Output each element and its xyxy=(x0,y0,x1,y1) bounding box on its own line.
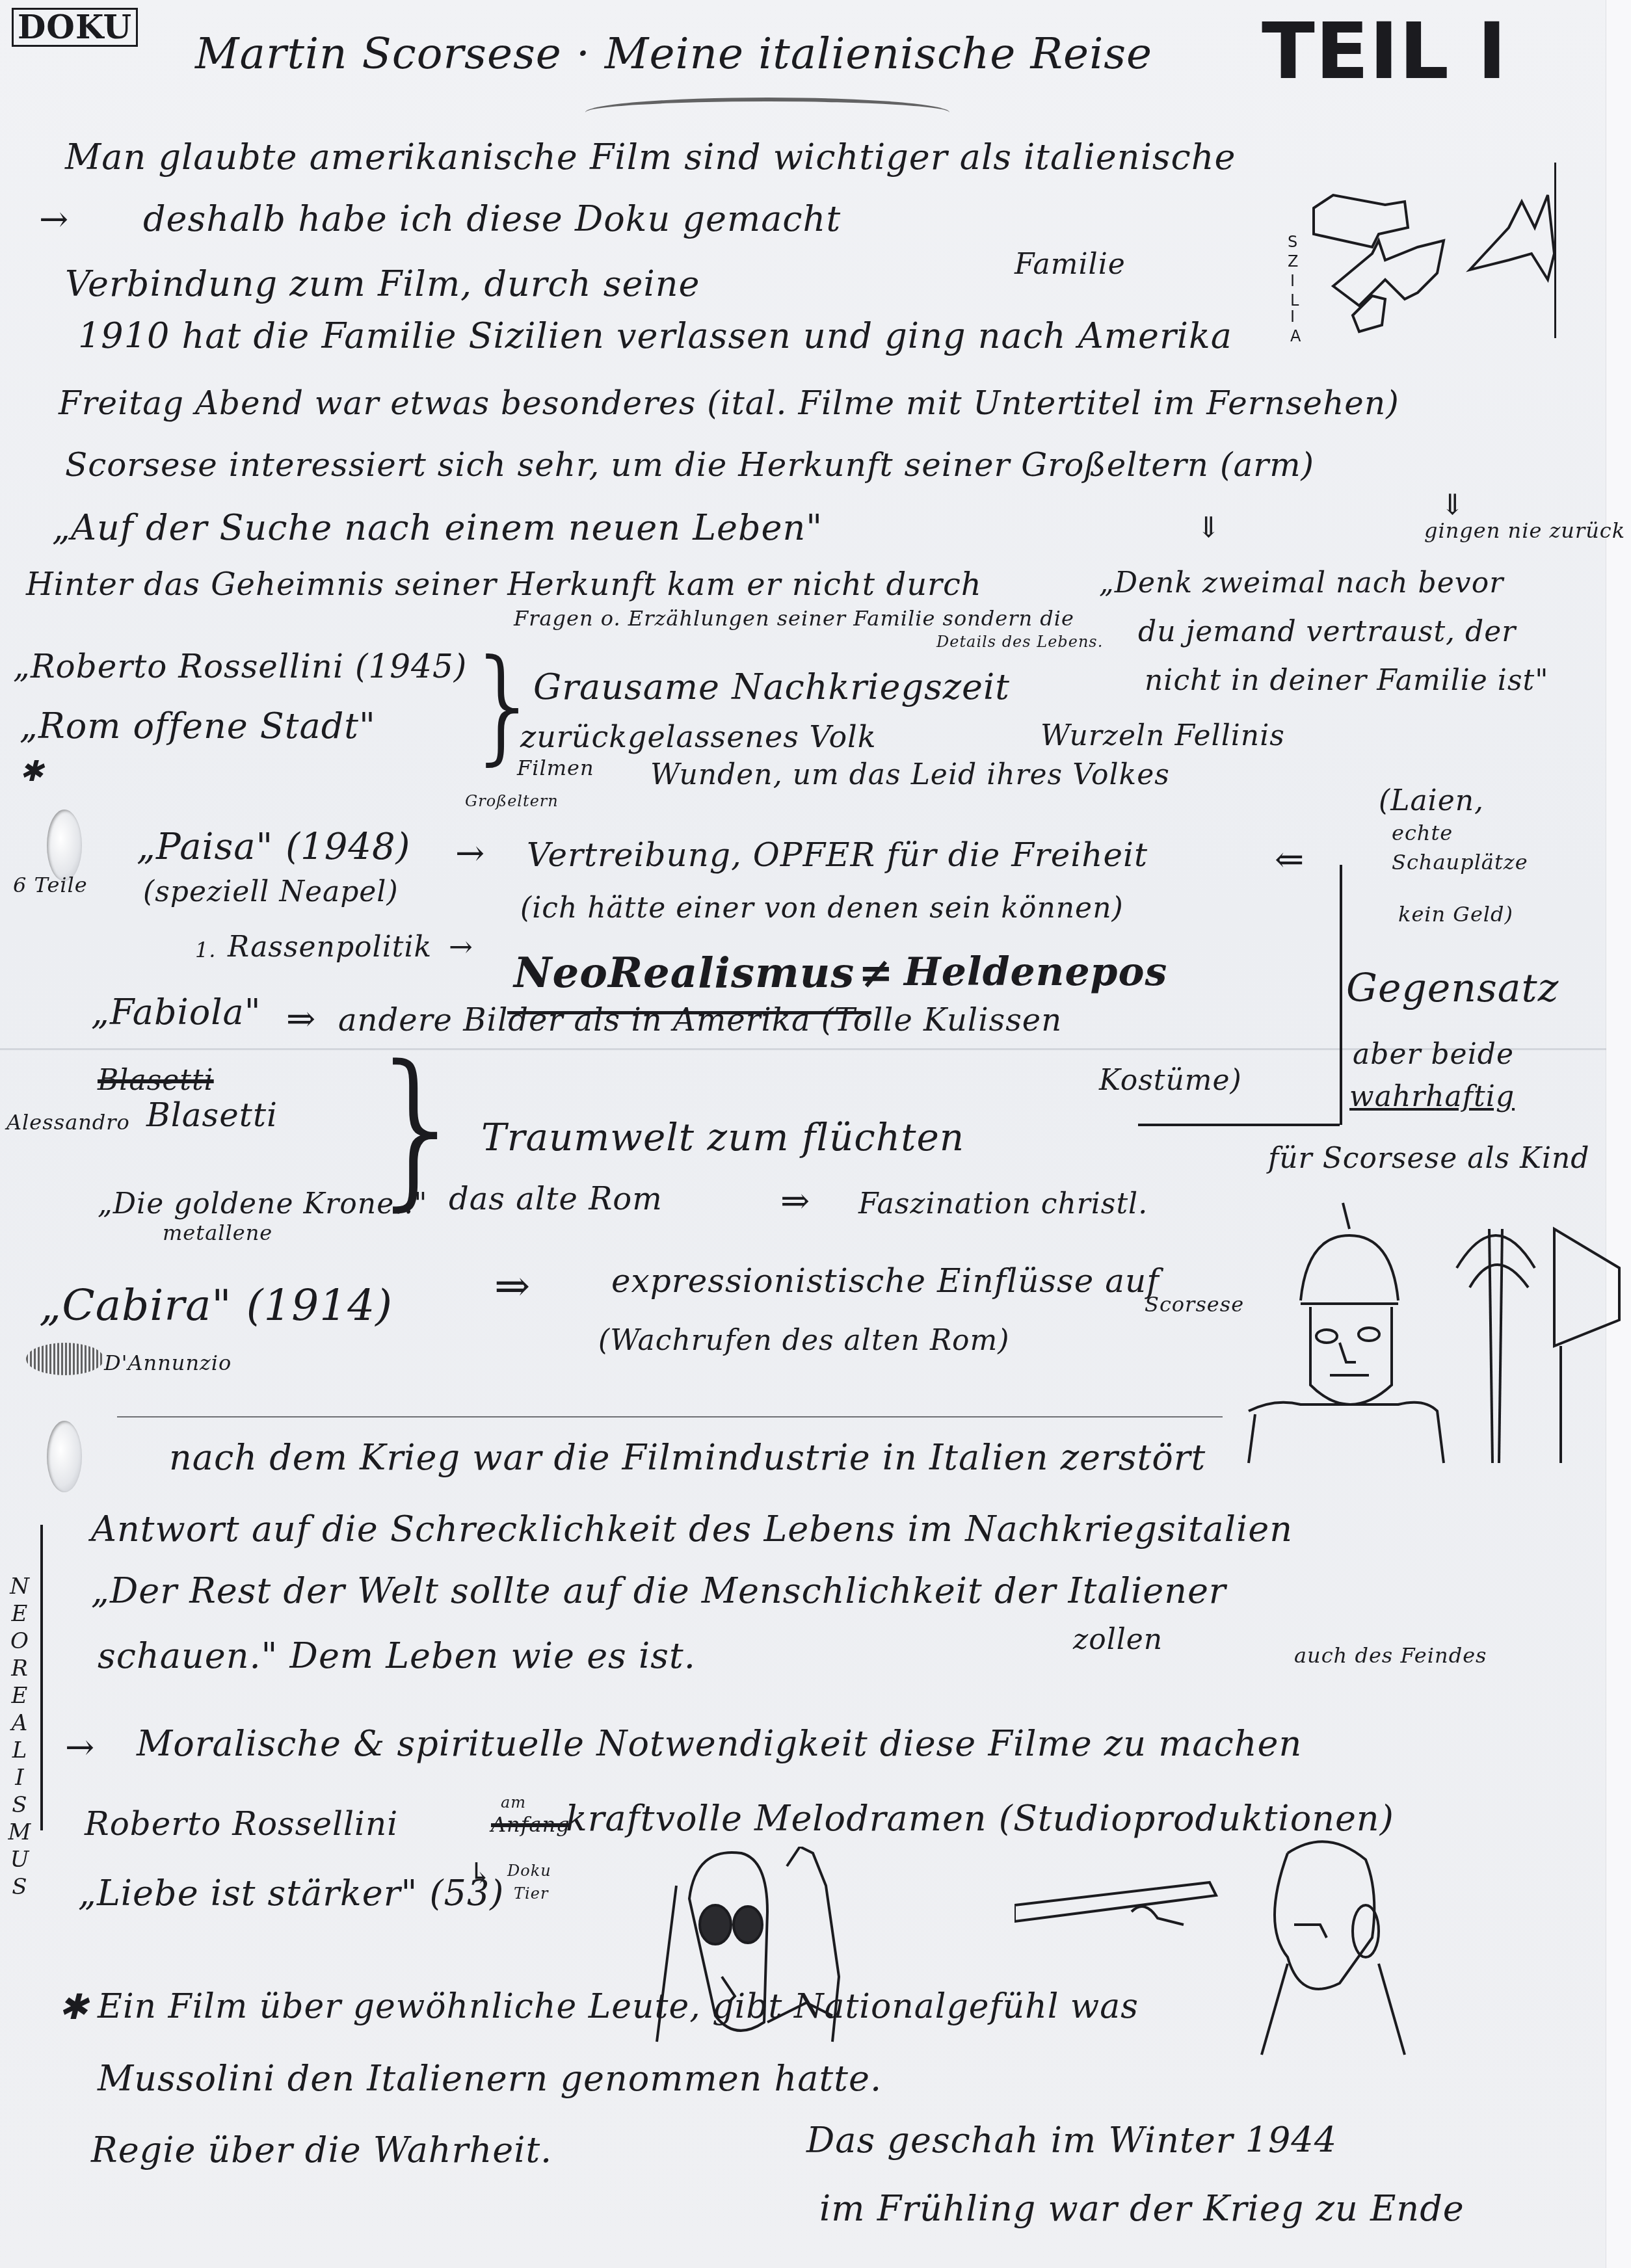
film-liebe: „Liebe ist stärker" (53) xyxy=(78,1876,504,1911)
crossed-out-name: Blasetti xyxy=(98,1066,214,1095)
for-scorsese-note: für Scorsese als Kind xyxy=(1268,1144,1590,1173)
intro-line-1: Man glaubte amerikanische Film sind wich… xyxy=(65,140,1236,175)
paisa-subtitle: (speziell Neapel) xyxy=(143,878,399,906)
paisa-point-1: Vertreibung, OPFER für die Freiheit xyxy=(527,839,1148,871)
footer-line-4: im Frühling war der Krieg zu Ende xyxy=(819,2191,1465,2226)
rossellini-director: „Roberto Rossellini (1945) xyxy=(13,650,467,683)
scribbled-out-name xyxy=(26,1343,104,1375)
paper-edge xyxy=(1606,0,1631,2268)
postwar-line-4: schauen." Dem Leben wie es ist. xyxy=(98,1639,696,1674)
side-note-3: Schauplätze xyxy=(1392,852,1528,873)
decorative-arc xyxy=(585,98,949,127)
svg-text:I: I xyxy=(1290,308,1295,326)
footer-line-1: Ein Film über gewöhnliche Leute, gibt Na… xyxy=(98,1990,1139,2024)
double-arrow-icon: ⇒ xyxy=(494,1265,531,1308)
rifleman-sketch-icon xyxy=(1014,1834,1522,2068)
footer-line-3: Regie über die Wahrheit. xyxy=(91,2133,552,2168)
down-arrow-icon: ⇓ xyxy=(1197,514,1221,542)
italy-map-sketch-icon: S Z I L I A xyxy=(1275,182,1600,351)
intro-line-2: deshalb habe ich diese Doku gemacht xyxy=(143,202,841,237)
fabiola-desc-2: Kostüme) xyxy=(1099,1066,1242,1095)
postwar-line-1: nach dem Krieg war die Filmindustrie in … xyxy=(169,1440,1206,1475)
return-arrow-icon: ↳ xyxy=(468,1860,493,1888)
side-note-4: kein Geld) xyxy=(1398,904,1513,925)
svg-text:S: S xyxy=(1288,233,1297,251)
double-arrow-icon: ⇒ xyxy=(286,1001,316,1036)
down-arrow-icon: ⇓ xyxy=(1440,491,1465,520)
bracket-line xyxy=(1340,865,1342,1125)
rossellini-note-top: am xyxy=(501,1795,526,1810)
old-rome-label: das alte Rom xyxy=(449,1183,663,1215)
punch-hole-top xyxy=(47,810,82,881)
neorealism-vertical-label: NEOREALISMUS xyxy=(7,1574,33,1901)
director-first-name: Alessandro xyxy=(7,1112,130,1133)
side-note-2: echte xyxy=(1392,823,1453,843)
neorealism-label: NeoRealismus xyxy=(514,953,855,994)
quote-line-2: du jemand vertraust, der xyxy=(1138,618,1516,646)
footer-line-2: Mussolini den Italienern genommen hatte. xyxy=(98,2061,882,2096)
left-double-arrow-icon: ⇐ xyxy=(1275,842,1305,877)
svg-text:Z: Z xyxy=(1288,252,1298,270)
both-label-1: aber beide xyxy=(1353,1040,1514,1069)
rossellini-name: Roberto Rossellini xyxy=(85,1808,398,1840)
asterisk-icon: ✱ xyxy=(20,758,44,786)
intro-line-7: „Auf der Suche nach einem neuen Leben" xyxy=(52,510,823,546)
contrast-label: Gegensatz xyxy=(1346,969,1559,1008)
page-title: Martin Scorsese · Meine italienische Rei… xyxy=(195,33,1152,75)
postwar-line-3: „Der Rest der Welt sollte auf die Mensch… xyxy=(91,1574,1227,1609)
svg-text:L: L xyxy=(1290,291,1299,310)
quote-line-3: nicht in deiner Familie ist" xyxy=(1145,666,1548,695)
intro-line-8-sub2: Details des Lebens. xyxy=(936,634,1103,650)
race-policy-number: 1. xyxy=(195,940,217,960)
rossellini-point-2: zurückgelassenes Volk xyxy=(520,722,877,752)
postwar-line-3-insert: zollen xyxy=(1073,1626,1163,1654)
doku-tag: DOKU xyxy=(12,8,138,47)
fascination-label: Faszination christl. xyxy=(858,1190,1148,1219)
rossellini-point-2-note: Wurzeln Fellinis xyxy=(1041,722,1285,750)
svg-text:A: A xyxy=(1290,327,1301,345)
rossellini-note: Anfang xyxy=(491,1814,570,1835)
race-policy: Rassenpolitik xyxy=(228,933,432,962)
film-note-doku: Doku xyxy=(507,1863,551,1879)
intro-line-3: Verbindung zum Film, durch seine xyxy=(65,267,700,302)
intro-line-8: Hinter das Geheimnis seiner Herkunft kam… xyxy=(26,569,982,600)
film-note-tier: Tier xyxy=(514,1886,548,1901)
not-equal-icon: ≠ xyxy=(858,953,894,994)
rossellini-point-3: Wunden, um das Leid ihres Volkes xyxy=(650,761,1170,789)
rossellini-film: „Rom offene Stadt" xyxy=(20,709,376,744)
quote-line-1: „Denk zweimal nach bevor xyxy=(1099,569,1504,598)
intro-line-5: Freitag Abend war etwas besonderes (ital… xyxy=(59,387,1399,419)
roman-soldier-sketch-icon xyxy=(1236,1190,1626,1470)
intro-line-8-sub: Fragen o. Erzählungen seiner Familie son… xyxy=(514,608,1074,629)
footer-line-3b: Das geschah im Winter 1944 xyxy=(806,2123,1337,2158)
part-label: TEIL I xyxy=(1262,13,1507,91)
arrow-icon: → xyxy=(455,836,485,871)
double-arrow-icon: ⇒ xyxy=(780,1183,810,1219)
rossellini-point-3-prefix: Filmen xyxy=(517,758,594,778)
paisa-point-2: (ich hätte einer von denen sein können) xyxy=(520,894,1124,923)
cabiria-title: „Cabira" (1914) xyxy=(39,1284,393,1327)
intro-line-6-note: gingen nie zurück xyxy=(1424,520,1625,541)
divider-line xyxy=(117,1416,1223,1417)
both-label-2: wahrhaftig xyxy=(1349,1083,1515,1111)
punch-hole-bottom xyxy=(47,1421,82,1492)
postwar-line-5: Moralische & spirituelle Notwendigkeit d… xyxy=(137,1726,1302,1761)
cabiria-desc: expressionistische Einflüsse auf xyxy=(611,1265,1160,1297)
bracket-line xyxy=(40,1525,43,1830)
cabiria-desc-2: (Wachrufen des alten Rom) xyxy=(598,1326,1009,1355)
dreamworld-label: Traumwelt zum flüchten xyxy=(481,1118,964,1156)
film-golden-crown-note: metallene xyxy=(163,1222,272,1243)
connector-line xyxy=(1138,1124,1340,1126)
asterisk-icon: ✱ xyxy=(59,1990,88,2025)
intro-line-4: 1910 hat die Familie Sizilien verlassen … xyxy=(78,319,1232,354)
postwar-line-2: Antwort auf die Schrecklichkeit des Lebe… xyxy=(91,1512,1293,1547)
heldenepos-label: Heldenepos xyxy=(904,953,1167,992)
postwar-line-3-note: auch des Feindes xyxy=(1294,1645,1487,1666)
arrow-icon: → xyxy=(39,202,69,237)
paisa-title: „Paisa" (1948) xyxy=(137,829,410,865)
svg-text:I: I xyxy=(1290,272,1295,290)
director-last-name: Blasetti xyxy=(146,1099,278,1131)
intro-line-6: Scorsese interessiert sich sehr, um die … xyxy=(65,449,1314,481)
grandparents-note: Großeltern xyxy=(465,793,559,809)
map-border-line xyxy=(1554,163,1556,338)
surrendering-man-sketch-icon xyxy=(624,1847,936,2094)
paisa-parts: 6 Teile xyxy=(13,875,88,895)
arrow-icon: → xyxy=(449,933,473,962)
cabiria-author: D'Annunzio xyxy=(104,1352,232,1373)
arrow-icon: → xyxy=(65,1730,95,1765)
side-note-1: (Laien, xyxy=(1379,787,1484,815)
cabiria-desc-note: Scorsese xyxy=(1145,1294,1244,1315)
intro-line-3-insert: Familie xyxy=(1014,250,1126,279)
melodramas-label: kraftvolle Melodramen (Studioproduktione… xyxy=(566,1801,1394,1836)
rossellini-point-1: Grausame Nachkriegszeit xyxy=(533,670,1010,705)
fabiola-title: „Fabiola" xyxy=(91,995,261,1030)
